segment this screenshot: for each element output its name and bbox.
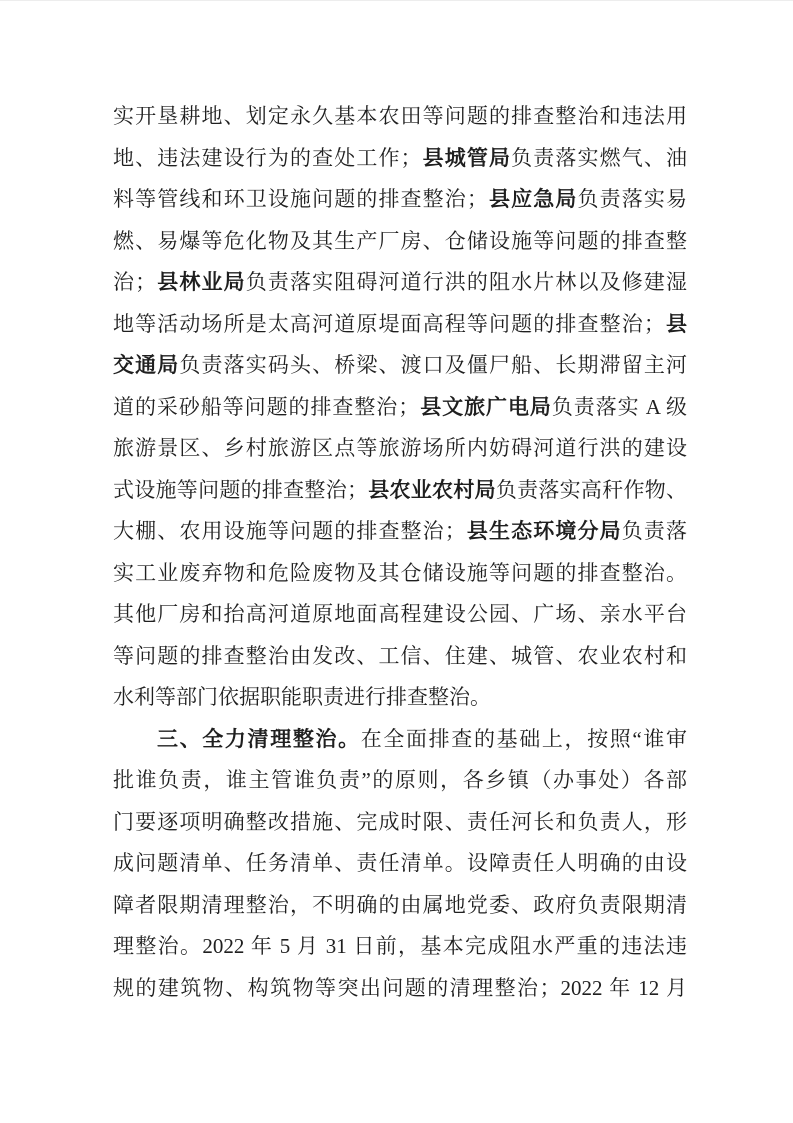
text-line: 实开垦耕地、划定永久基本农田等问题的排查整治和违法用 xyxy=(113,96,687,138)
text-run: 障者限期清理整治，不明确的由属地党委、政府负责限期清 xyxy=(113,893,687,917)
emphasized-text-run: 交通局 xyxy=(113,353,179,377)
text-line: 规的建筑物、构筑物等突出问题的清理整治；2022 年 12 月 xyxy=(113,968,687,1010)
text-line: 成问题清单、任务清单、责任清单。设障责任人明确的由设 xyxy=(113,843,687,885)
text-line: 料等管线和环卫设施问题的排查整治；县应急局负责落实易 xyxy=(113,179,687,221)
text-run: 式设施等问题的排查整治； xyxy=(113,478,368,502)
text-line: 障者限期清理整治，不明确的由属地党委、政府负责限期清 xyxy=(113,885,687,927)
emphasized-text-run: 三、全力清理整治。 xyxy=(157,727,361,751)
text-run: 规的建筑物、构筑物等突出问题的清理整治；2022 年 12 月 xyxy=(113,976,687,1000)
text-line: 门要逐项明确整改措施、完成时限、责任河长和负责人，形 xyxy=(113,802,687,844)
document-text-block: 实开垦耕地、划定永久基本农田等问题的排查整治和违法用地、违法建设行为的查处工作；… xyxy=(113,96,687,1009)
text-line: 式设施等问题的排查整治；县农业农村局负责落实高秆作物、 xyxy=(113,470,687,512)
text-line: 交通局负责落实码头、桥梁、渡口及僵尸船、长期滞留主河 xyxy=(113,345,687,387)
document-page: 实开垦耕地、划定永久基本农田等问题的排查整治和违法用地、违法建设行为的查处工作；… xyxy=(0,0,793,1123)
text-run: 负责落实高秆作物、 xyxy=(496,478,687,502)
text-run: 负责落实易 xyxy=(578,187,687,211)
text-run: 料等管线和环卫设施问题的排查整治； xyxy=(113,187,488,211)
emphasized-text-run: 县文旅广电局 xyxy=(419,395,552,419)
text-line: 燃、易爆等危化物及其生产厂房、仓储设施等问题的排查整 xyxy=(113,221,687,263)
emphasized-text-run: 县 xyxy=(665,312,687,336)
text-run: 批谁负责，谁主管谁负责”的原则，各乡镇（办事处）各部 xyxy=(113,768,687,792)
text-line: 等问题的排查整治由发改、工信、住建、城管、农业农村和 xyxy=(113,636,687,678)
text-line: 理整治。2022 年 5 月 31 日前，基本完成阻水严重的违法违 xyxy=(113,926,687,968)
emphasized-text-run: 县城管局 xyxy=(422,146,512,170)
text-run: 负责落实阻碍河道行洪的阻水片林以及修建湿 xyxy=(246,270,687,294)
text-run: 门要逐项明确整改措施、完成时限、责任河长和负责人，形 xyxy=(113,810,687,834)
text-line: 大棚、农用设施等问题的排查整治；县生态环境分局负责落 xyxy=(113,511,687,553)
emphasized-text-run: 县林业局 xyxy=(156,270,246,294)
text-run: 成问题清单、任务清单、责任清单。设障责任人明确的由设 xyxy=(113,851,687,875)
text-run: 地等活动场所是太高河道原堤面高程等问题的排查整治； xyxy=(113,312,665,336)
text-run: 负责落实码头、桥梁、渡口及僵尸船、长期滞留主河 xyxy=(179,353,687,377)
text-line: 批谁负责，谁主管谁负责”的原则，各乡镇（办事处）各部 xyxy=(113,760,687,802)
text-run: 燃、易爆等危化物及其生产厂房、仓储设施等问题的排查整 xyxy=(113,229,687,253)
text-run: 实开垦耕地、划定永久基本农田等问题的排查整治和违法用 xyxy=(113,104,687,128)
text-run: 道的采砂船等问题的排查整治； xyxy=(113,395,419,419)
text-run: 理整治。2022 年 5 月 31 日前，基本完成阻水严重的违法违 xyxy=(113,934,687,958)
text-run: 在全面排查的基础上，按照“谁审 xyxy=(361,727,687,751)
text-run: 大棚、农用设施等问题的排查整治； xyxy=(113,519,466,543)
text-run: 实工业废弃物和危险废物及其仓储设施等问题的排查整治。 xyxy=(113,561,687,585)
text-run: 其他厂房和抬高河道原地面高程建设公园、广场、亲水平台 xyxy=(113,602,687,626)
text-run: 地、违法建设行为的查处工作； xyxy=(113,146,422,170)
text-run: 水利等部门依据职能职责进行排查整治。 xyxy=(113,685,491,709)
text-run: 负责落 xyxy=(622,519,687,543)
emphasized-text-run: 县应急局 xyxy=(488,187,578,211)
text-line: 三、全力清理整治。在全面排查的基础上，按照“谁审 xyxy=(113,719,687,761)
text-line: 地等活动场所是太高河道原堤面高程等问题的排查整治；县 xyxy=(113,304,687,346)
text-run: 治； xyxy=(113,270,156,294)
text-line: 道的采砂船等问题的排查整治；县文旅广电局负责落实 A 级 xyxy=(113,387,687,429)
text-line: 实工业废弃物和危险废物及其仓储设施等问题的排查整治。 xyxy=(113,553,687,595)
text-line: 治；县林业局负责落实阻碍河道行洪的阻水片林以及修建湿 xyxy=(113,262,687,304)
text-run: 负责落实燃气、油 xyxy=(511,146,687,170)
text-line: 旅游景区、乡村旅游区点等旅游场所内妨碍河道行洪的建设 xyxy=(113,428,687,470)
text-line: 其他厂房和抬高河道原地面高程建设公园、广场、亲水平台 xyxy=(113,594,687,636)
text-line: 水利等部门依据职能职责进行排查整治。 xyxy=(113,677,687,719)
text-run: 旅游景区、乡村旅游区点等旅游场所内妨碍河道行洪的建设 xyxy=(113,436,687,460)
text-line: 地、违法建设行为的查处工作；县城管局负责落实燃气、油 xyxy=(113,138,687,180)
text-run: 负责落实 A 级 xyxy=(552,395,687,419)
emphasized-text-run: 县农业农村局 xyxy=(368,478,496,502)
emphasized-text-run: 县生态环境分局 xyxy=(466,519,622,543)
text-run: 等问题的排查整治由发改、工信、住建、城管、农业农村和 xyxy=(113,644,687,668)
